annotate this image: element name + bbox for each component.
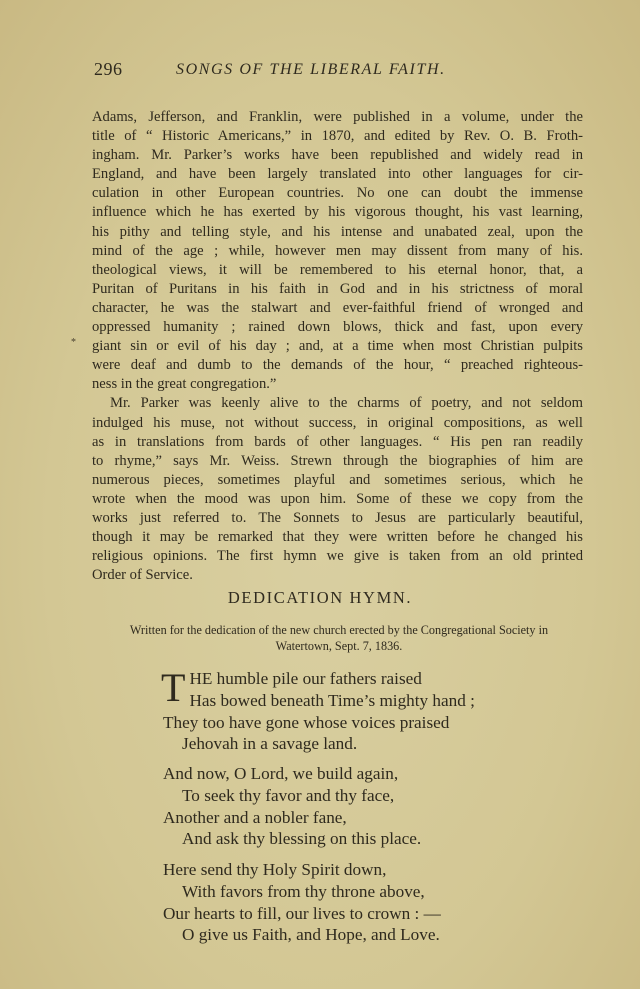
hymn-verse-1: T HE humble pile our fathers raised Has … — [163, 668, 467, 755]
text-line: character, he was the stalwart and ever-… — [92, 299, 583, 318]
paragraph-2: Mr. Parker was keenly alive to the charm… — [92, 394, 583, 585]
text-line: Mr. Parker was keenly alive to the charm… — [92, 394, 583, 413]
hymn-verse-2: And now, O Lord, we build again, To seek… — [163, 763, 421, 850]
hymn-subtitle-line: Written for the dedication of the new ch… — [92, 622, 586, 638]
verse-line: To seek thy favor and thy face, — [163, 785, 421, 807]
text-line: as in translations from bards of other l… — [92, 433, 583, 452]
text-line: oppressed humanity ; rained down blows, … — [92, 318, 583, 337]
text-line: culation in other European countries. No… — [92, 184, 583, 203]
text-line: religious opinions. The first hymn we gi… — [92, 547, 583, 566]
text-line: to rhyme,” says Mr. Weiss. Strewn throug… — [92, 452, 583, 471]
hymn-title: DEDICATION HYMN. — [0, 588, 640, 608]
text-line: though it may be remarked that they were… — [92, 528, 583, 547]
text-line: ness in the great congregation.” — [92, 375, 583, 394]
text-line: Order of Service. — [92, 566, 583, 585]
text-line: influence which he has exerted by his vi… — [92, 203, 583, 222]
text-line: numerous pieces, sometimes playful and s… — [92, 471, 583, 490]
verse-line: O give us Faith, and Hope, and Love. — [163, 924, 441, 946]
text-line: England, and have been largely translate… — [92, 165, 583, 184]
text-line: his pithy and telling style, and his int… — [92, 223, 583, 242]
hymn-subtitle-line: Watertown, Sept. 7, 1836. — [92, 638, 586, 654]
verse-line: HE humble pile our fathers raised — [163, 668, 467, 690]
text-line: theological views, it will be remembered… — [92, 261, 583, 280]
verse-line: Has bowed beneath Time’s mighty hand ; — [163, 690, 467, 712]
text-line: title of “ Historic Americans,” in 1870,… — [92, 127, 583, 146]
hymn-verse-3: Here send thy Holy Spirit down, With fav… — [163, 859, 441, 946]
text-line: were deaf and dumb to the demands of the… — [92, 356, 583, 375]
text-line: mind of the age ; while, however men may… — [92, 242, 583, 261]
text-line: indulged his muse, not without success, … — [92, 414, 583, 433]
verse-line: With favors from thy throne above, — [163, 881, 441, 903]
text-line: wrote when the mood was upon him. Some o… — [92, 490, 583, 509]
margin-asterisk: * — [71, 337, 76, 348]
text-line: Puritan of Puritans in his faith in God … — [92, 280, 583, 299]
verse-line: And now, O Lord, we build again, — [163, 763, 421, 785]
body-text: Adams, Jefferson, and Franklin, were pub… — [92, 108, 583, 585]
drop-cap: T — [161, 671, 185, 705]
page-number: 296 — [94, 58, 123, 80]
text-line: ingham. Mr. Parker’s works have been rep… — [92, 146, 583, 165]
verse-line: Jehovah in a savage land. — [163, 733, 467, 755]
hymn-subtitle: Written for the dedication of the new ch… — [92, 622, 586, 654]
text-line: Adams, Jefferson, and Franklin, were pub… — [92, 108, 583, 127]
paragraph-1: Adams, Jefferson, and Franklin, were pub… — [92, 108, 583, 394]
verse-line: Our hearts to fill, our lives to crown :… — [163, 903, 441, 925]
text-line: giant sin or evil of his day ; and, at a… — [92, 337, 583, 356]
verse-line: And ask thy blessing on this place. — [163, 828, 421, 850]
text-line: works just referred to. The Sonnets to J… — [92, 509, 583, 528]
verse-line: Here send thy Holy Spirit down, — [163, 859, 441, 881]
running-title: SONGS OF THE LIBERAL FAITH. — [176, 59, 446, 81]
book-page: 296 SONGS OF THE LIBERAL FAITH. Adams, J… — [0, 0, 640, 989]
verse-line: Another and a nobler fane, — [163, 807, 421, 829]
verse-line: They too have gone whose voices praised — [163, 712, 467, 734]
